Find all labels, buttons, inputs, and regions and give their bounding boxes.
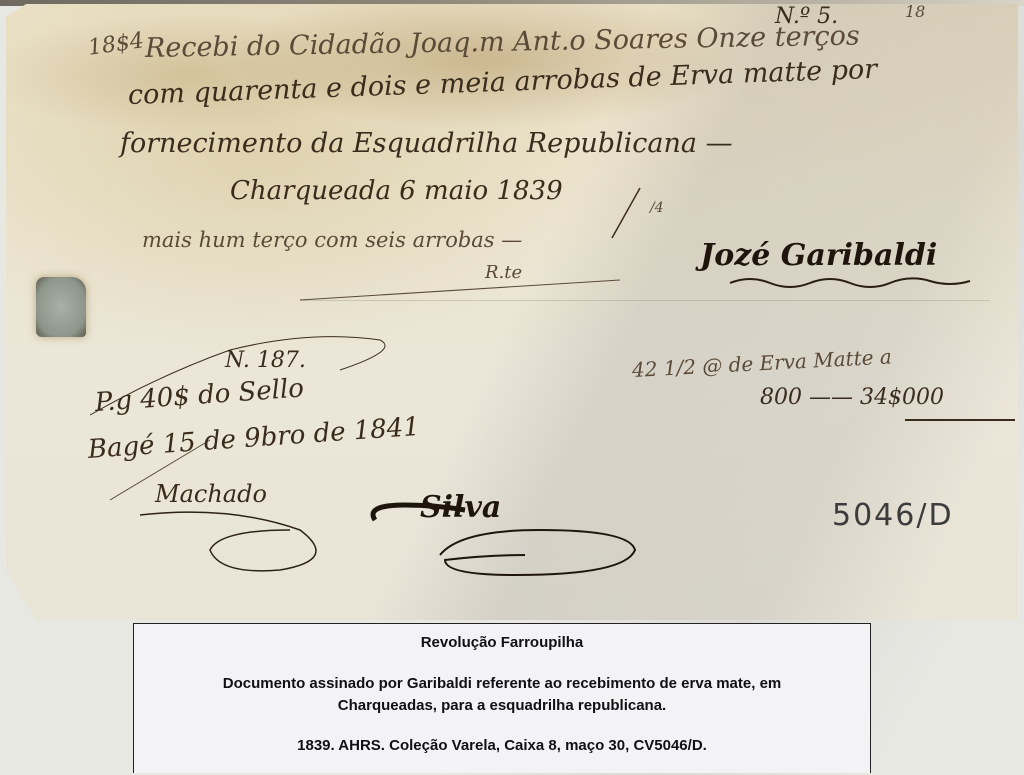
lower-entry-number: N. 187. [225, 348, 306, 373]
caption-description: Documento assinado por Garibaldi referen… [134, 673, 870, 717]
silva-signature: Silva [420, 490, 501, 525]
fraction-mark: /4 [650, 200, 664, 216]
accounting-line-2: 800 —— 34$000 [760, 385, 944, 410]
initials: R.te [485, 262, 522, 283]
document-line-4-date: Charqueada 6 maio 1839 [230, 176, 563, 206]
document-line-3: fornecimento da Esquadrilha Republicana … [120, 128, 733, 159]
archive-code: 5046/D [832, 498, 954, 533]
document-line-5: mais hum terço com seis arrobas — [142, 228, 522, 252]
caption-reference: 1839. AHRS. Coleção Varela, Caixa 8, maç… [134, 737, 870, 754]
garibaldi-signature: Jozé Garibaldi [700, 238, 937, 273]
corner-mark: 18 [905, 2, 925, 21]
caption-title: Revolução Farroupilha [134, 634, 870, 651]
machado-signature: Machado [155, 480, 267, 508]
museum-caption-label: Revolução Farroupilha Documento assinado… [133, 623, 871, 773]
